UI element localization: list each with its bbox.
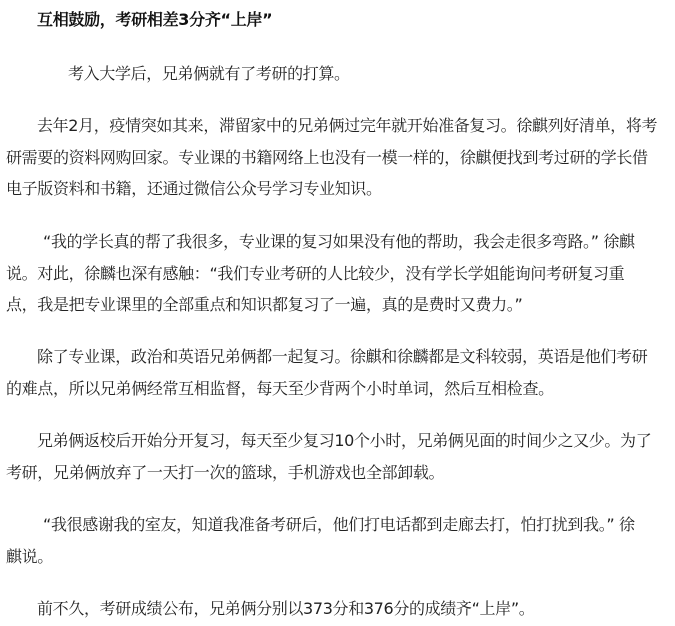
paragraph-line: 考研，兄弟俩放弃了一天打一次的篮球，手机游戏也全部卸载。 [6, 457, 670, 489]
paragraph-line: “我的学长真的帮了我很多，专业课的复习如果没有他的帮助，我会走很多弯路。” 徐麒 [6, 226, 670, 258]
paragraph-preparation: 去年2月，疫情突如其来，滞留家中的兄弟俩过完年就开始准备复习。徐麒列好清单，将考… [6, 110, 670, 205]
paragraph-line: 兄弟俩返校后开始分开复习，每天至少复习10个小时，兄弟俩见面的时间少之又少。为了 [6, 425, 670, 457]
paragraph-politics-english: 除了专业课，政治和英语兄弟俩都一起复习。徐麒和徐麟都是文科较弱，英语是他们考研 … [6, 341, 670, 404]
paragraph-line: 说。对此，徐麟也深有感触：“我们专业考研的人比较少，没有学长学姐能询问考研复习重 [6, 258, 670, 290]
article-heading: 互相鼓励，考研相差3分齐“上岸” [37, 8, 272, 32]
paragraph-separate-study: 兄弟俩返校后开始分开复习，每天至少复习10个小时，兄弟俩见面的时间少之又少。为了… [6, 425, 670, 488]
paragraph-line: “我很感谢我的室友，知道我准备考研后，他们打电话都到走廊去打，怕打扰到我。” 徐 [6, 509, 670, 541]
paragraph-roommate-quote: “我很感谢我的室友，知道我准备考研后，他们打电话都到走廊去打，怕打扰到我。” 徐… [6, 509, 670, 572]
paragraph-line: 除了专业课，政治和英语兄弟俩都一起复习。徐麒和徐麟都是文科较弱，英语是他们考研 [6, 341, 670, 373]
paragraph-results: 前不久，考研成绩公布，兄弟俩分别以373分和376分的成绩齐“上岸”。 [6, 593, 670, 625]
paragraph-line: 电子版资料和书籍，还通过微信公众号学习专业知识。 [6, 173, 670, 205]
paragraph-line: 麒说。 [6, 541, 670, 573]
paragraph-line: 的难点，所以兄弟俩经常互相监督，每天至少背两个小时单词，然后互相检查。 [6, 373, 670, 405]
paragraph-line: 前不久，考研成绩公布，兄弟俩分别以373分和376分的成绩齐“上岸”。 [6, 593, 670, 625]
paragraph-line: 研需要的资料网购回家。专业课的书籍网络上也没有一模一样的，徐麒便找到考过研的学长… [6, 142, 670, 174]
paragraph-line: 去年2月，疫情突如其来，滞留家中的兄弟俩过完年就开始准备复习。徐麒列好清单，将考 [6, 110, 670, 142]
paragraph-line: 考入大学后，兄弟俩就有了考研的打算。 [6, 58, 670, 90]
paragraph-line: 点，我是把专业课里的全部重点和知识都复习了一遍，真的是费时又费力。” [6, 289, 670, 321]
paragraph-senior-help-quote: “我的学长真的帮了我很多，专业课的复习如果没有他的帮助，我会走很多弯路。” 徐麒… [6, 226, 670, 321]
paragraph-exam-plan: 考入大学后，兄弟俩就有了考研的打算。 [6, 58, 670, 90]
